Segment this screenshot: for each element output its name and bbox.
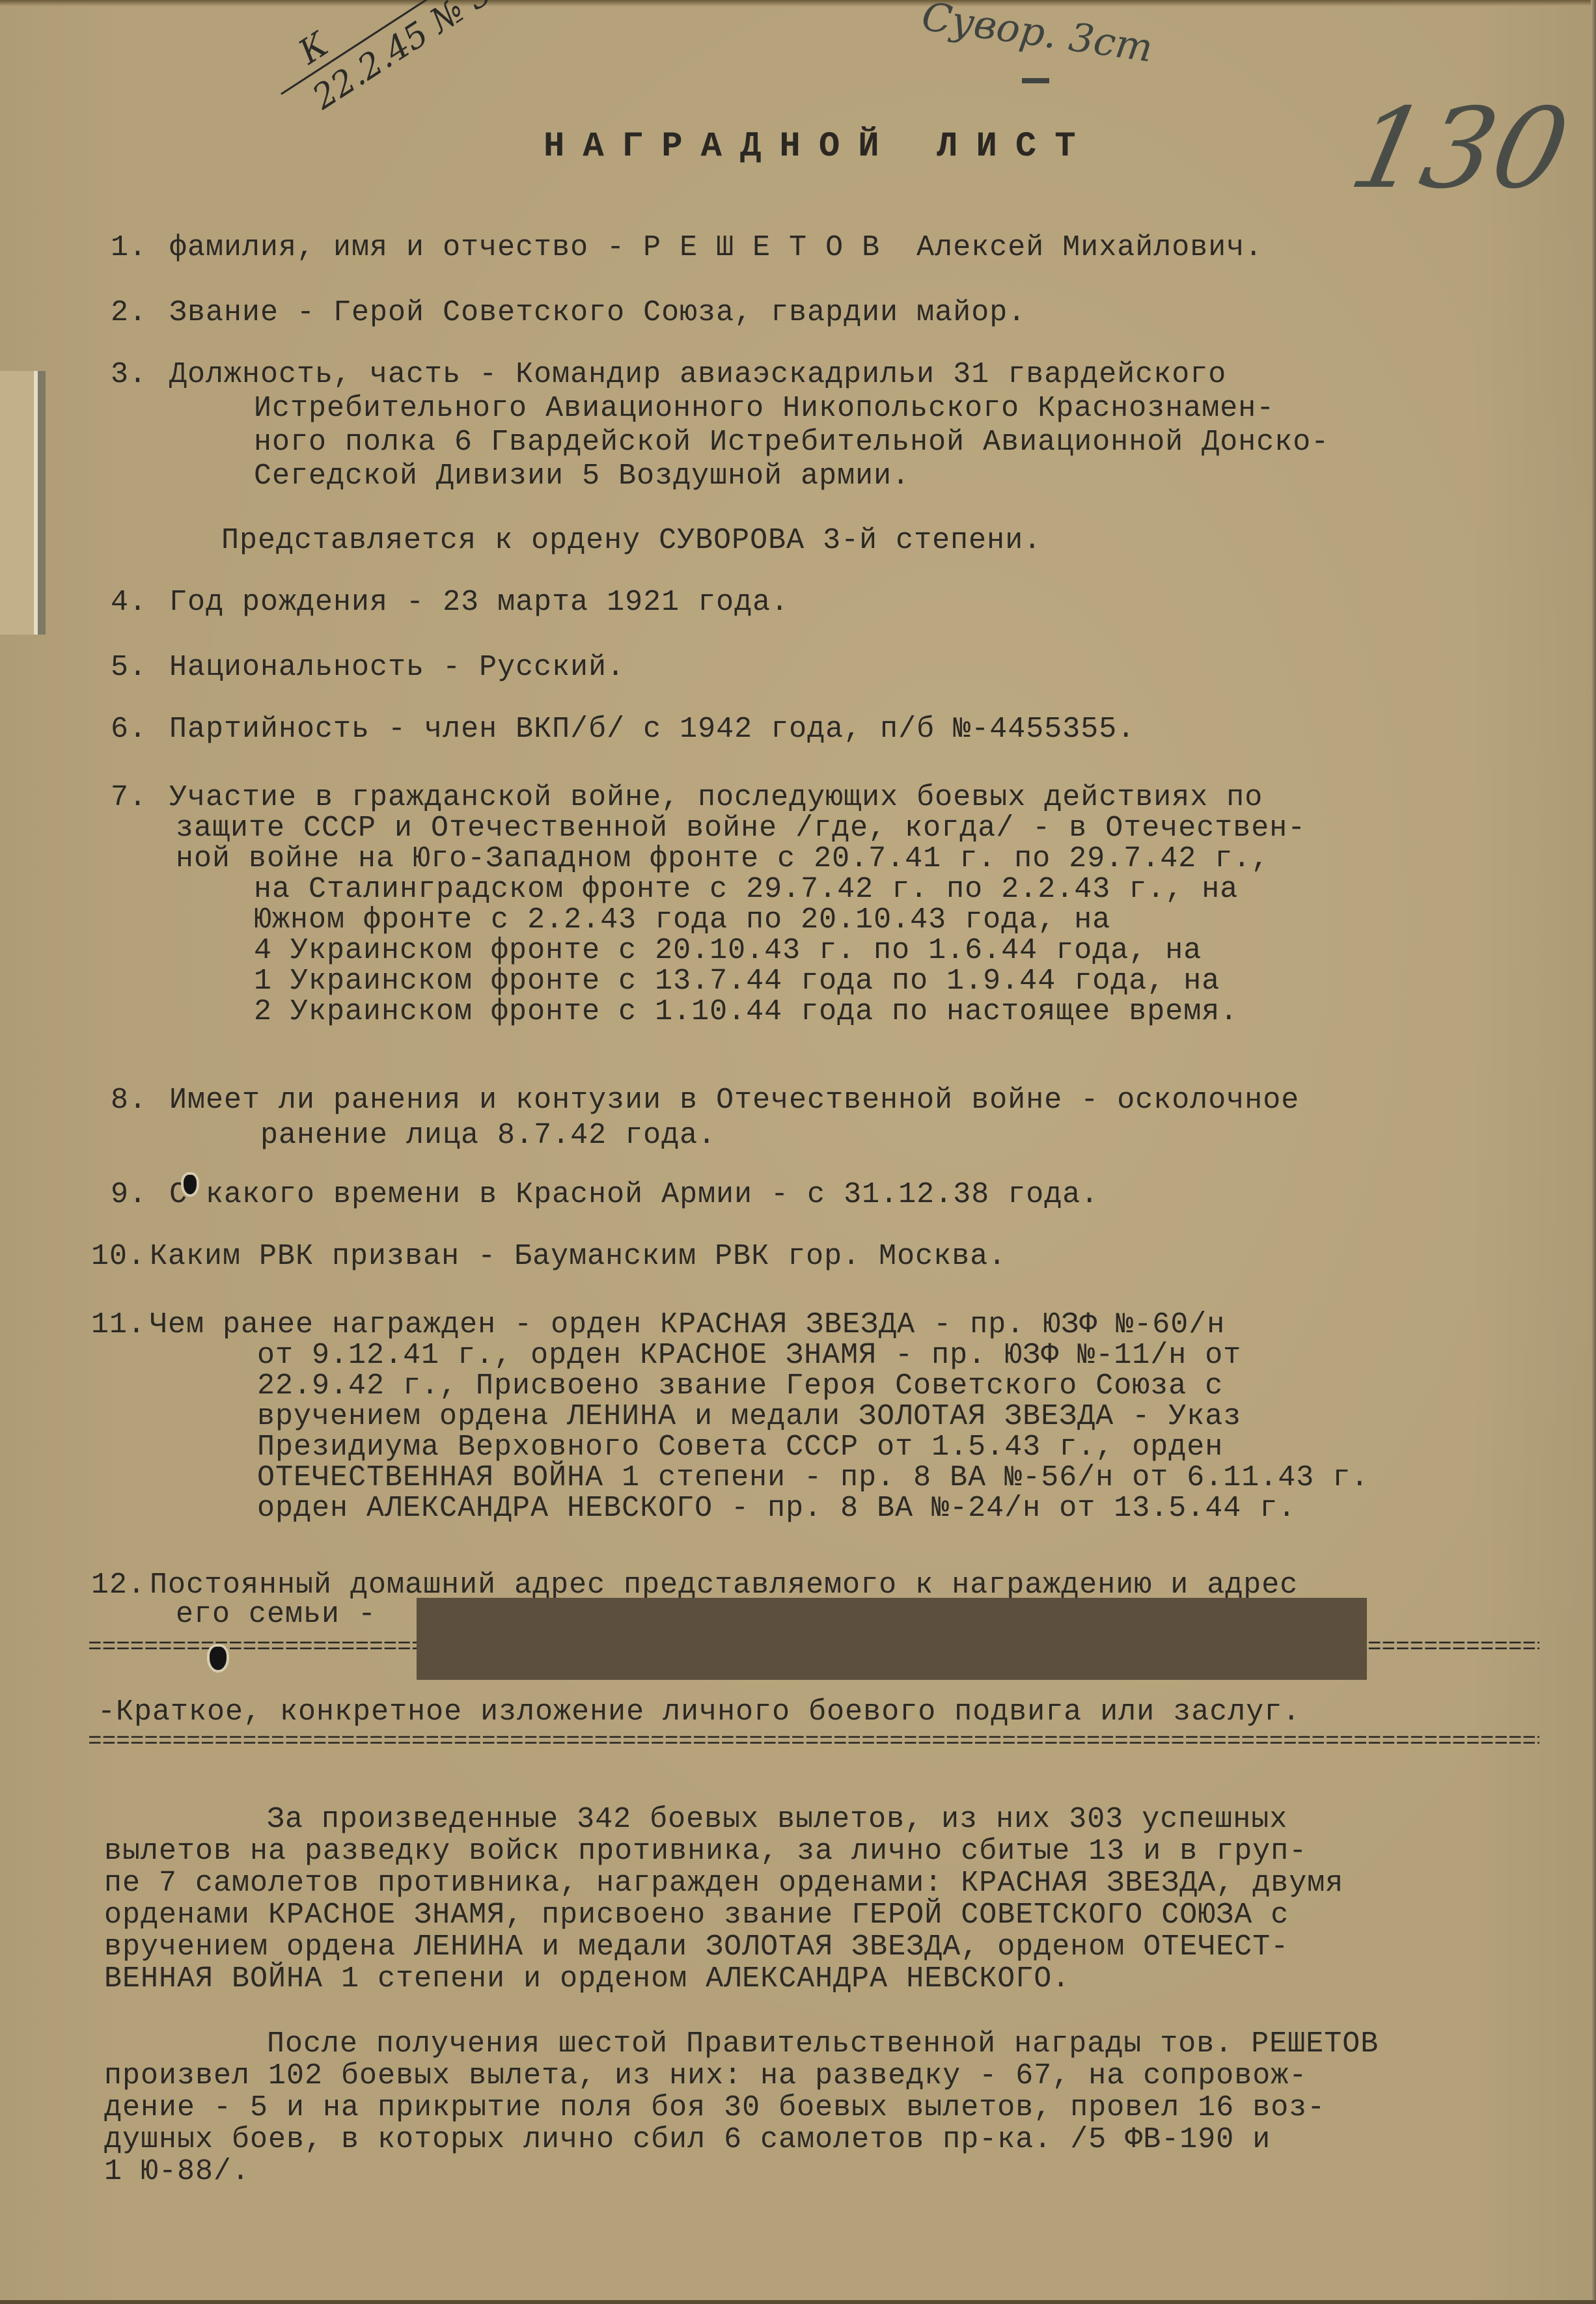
item-number: 9. <box>111 1178 169 1211</box>
form-field-line: 1.фамилия, имя и отчество - Р Е Ш Е Т О … <box>111 231 1263 264</box>
bottom-edge <box>0 2300 1596 2304</box>
item-number: 7. <box>111 781 169 814</box>
form-field-continuation: орден АЛЕКСАНДРА НЕВСКОГО - пр. 8 ВА №-2… <box>257 1492 1296 1525</box>
item-text: фамилия, имя и отчество - Р Е Ш Е Т О В … <box>169 231 1263 264</box>
form-field-line: 12.Постоянный домашний адрес представляе… <box>91 1569 1298 1602</box>
form-field-line: 11.Чем ранее награжден - орден КРАСНАЯ З… <box>91 1308 1225 1341</box>
section-heading: -Краткое, конкретное изложение личного б… <box>98 1695 1300 1729</box>
form-field-continuation: Президиума Верховного Совета СССР от 1.5… <box>257 1431 1223 1464</box>
item-text: С какого времени в Красной Армии - с 31.… <box>169 1178 1099 1211</box>
punch-hole <box>210 1647 227 1670</box>
form-field-continuation: ного полка 6 Гвардейской Истребительной … <box>254 426 1329 459</box>
form-field-line: 2.Звание - Герой Советского Союза, гвард… <box>111 296 1026 329</box>
narrative-line: орденами КРАСНОЕ ЗНАМЯ, присвоено звание… <box>104 1899 1289 1932</box>
narrative-line: произвел 102 боевых вылета, из них: на р… <box>104 2059 1307 2092</box>
item-number: 6. <box>111 713 169 746</box>
form-field-line: 6.Партийность - член ВКП/б/ с 1942 года,… <box>111 713 1135 746</box>
form-field-line: 7.Участие в гражданской войне, последующ… <box>111 781 1263 814</box>
narrative-line: После получения шестой Правительственной… <box>267 2027 1379 2061</box>
punch-hole <box>184 1175 197 1194</box>
right-edge <box>1591 0 1596 2304</box>
form-field-line: 8.Имеет ли ранения и контузии в Отечеств… <box>111 1084 1299 1117</box>
item-text: Звание - Герой Советского Союза, гвардии… <box>169 296 1026 329</box>
form-field-continuation: вручением ордена ЛЕНИНА и медали ЗОЛОТАЯ… <box>257 1400 1241 1433</box>
form-field-line: 3.Должность, часть - Командир авиаэскадр… <box>111 358 1226 391</box>
form-field-continuation: 4 Украинском фронте с 20.10.43 г. по 1.6… <box>254 934 1202 967</box>
narrative-line: пе 7 самолетов противника, награжден орд… <box>104 1867 1343 1900</box>
narrative-line: За произведенные 342 боевых вылетов, из … <box>267 1803 1287 1836</box>
form-field-continuation: Сегедской Дивизии 5 Воздушной армии. <box>254 459 910 493</box>
item-text: Чем ранее награжден - орден КРАСНАЯ ЗВЕЗ… <box>150 1308 1225 1341</box>
form-field-line: 5.Национальность - Русский. <box>111 651 625 684</box>
form-field-continuation: ранение лица 8.7.42 года. <box>260 1119 716 1152</box>
narrative-line: вручением ордена ЛЕНИНА и медали ЗОЛОТАЯ… <box>104 1930 1289 1964</box>
item-text: Постоянный домашний адрес представляемог… <box>150 1569 1298 1602</box>
narrative-line: душных боев, в которых лично сбил 6 само… <box>104 2123 1271 2156</box>
page-number: 130 <box>1340 85 1579 213</box>
top-edge <box>0 0 1596 7</box>
item-number: 11. <box>91 1308 150 1341</box>
item-text: Год рождения - 23 марта 1921 года. <box>169 586 789 619</box>
form-field-line: 10.Каким РВК призван - Бауманским РВК го… <box>91 1240 1006 1273</box>
narrative-line: вылетов на разведку войск противника, за… <box>104 1835 1307 1868</box>
form-field-continuation: 22.9.42 г., Присвоено звание Героя Совет… <box>257 1369 1223 1403</box>
form-field-continuation: на Сталинградском фронте с 29.7.42 г. по… <box>254 873 1238 906</box>
item-text: Имеет ли ранения и контузии в Отечествен… <box>169 1084 1299 1117</box>
item-text: Партийность - член ВКП/б/ с 1942 года, п… <box>169 713 1135 746</box>
narrative-line: ВЕННАЯ ВОЙНА 1 степени и орденом АЛЕКСАН… <box>104 1962 1070 1995</box>
item-text: Участие в гражданской войне, последующих… <box>169 781 1263 814</box>
form-field-continuation: его семьи - <box>176 1598 376 1631</box>
item-number: 3. <box>111 358 169 391</box>
order-note-underline <box>1022 78 1049 83</box>
item-number: 8. <box>111 1084 169 1117</box>
item-number: 12. <box>91 1569 150 1602</box>
item-number: 5. <box>111 651 169 684</box>
item-text: Представляется к ордену СУВОРОВА 3-й сте… <box>221 524 1041 557</box>
form-field-continuation: 1 Украинском фронте с 13.7.44 года по 1.… <box>254 965 1220 998</box>
form-field-continuation: защите СССР и Отечественной войне /где, … <box>176 812 1306 845</box>
form-field-continuation: 2 Украинском фронте с 1.10.44 года по на… <box>254 995 1238 1028</box>
item-text: Национальность - Русский. <box>169 651 625 684</box>
form-field-line: 4.Год рождения - 23 марта 1921 года. <box>111 586 789 619</box>
form-field-continuation: Южном фронте с 2.2.43 года по 20.10.43 г… <box>254 903 1110 937</box>
form-field-line: 9.С какого времени в Красной Армии - с 3… <box>111 1178 1099 1211</box>
form-field-continuation: от 9.12.41 г., орден КРАСНОЕ ЗНАМЯ - пр.… <box>257 1339 1241 1372</box>
document-title: НАГРАДНОЙ ЛИСТ <box>543 127 1094 167</box>
binding-strip <box>0 371 46 635</box>
item-text: Должность, часть - Командир авиаэскадрил… <box>169 358 1226 391</box>
redaction-box <box>417 1598 1367 1680</box>
form-field-continuation: ной войне на Юго-Западном фронте с 20.7.… <box>176 842 1269 875</box>
form-field-continuation: ОТЕЧЕСТВЕННАЯ ВОЙНА 1 степени - пр. 8 ВА… <box>257 1461 1369 1494</box>
narrative-line: 1 Ю-88/. <box>104 2155 250 2188</box>
item-text: Каким РВК призван - Бауманским РВК гор. … <box>150 1240 1006 1273</box>
form-field-continuation: Истребительного Авиационного Никопольско… <box>254 392 1274 425</box>
form-field-line: Представляется к ордену СУВОРОВА 3-й сте… <box>221 524 1041 557</box>
item-number: 10. <box>91 1240 150 1273</box>
narrative-line: дение - 5 и на прикрытие поля боя 30 бое… <box>104 2091 1325 2124</box>
separator-line: ========================================… <box>88 1735 1539 1749</box>
item-number: 1. <box>111 231 169 264</box>
item-number: 2. <box>111 296 169 329</box>
item-number: 4. <box>111 586 169 619</box>
